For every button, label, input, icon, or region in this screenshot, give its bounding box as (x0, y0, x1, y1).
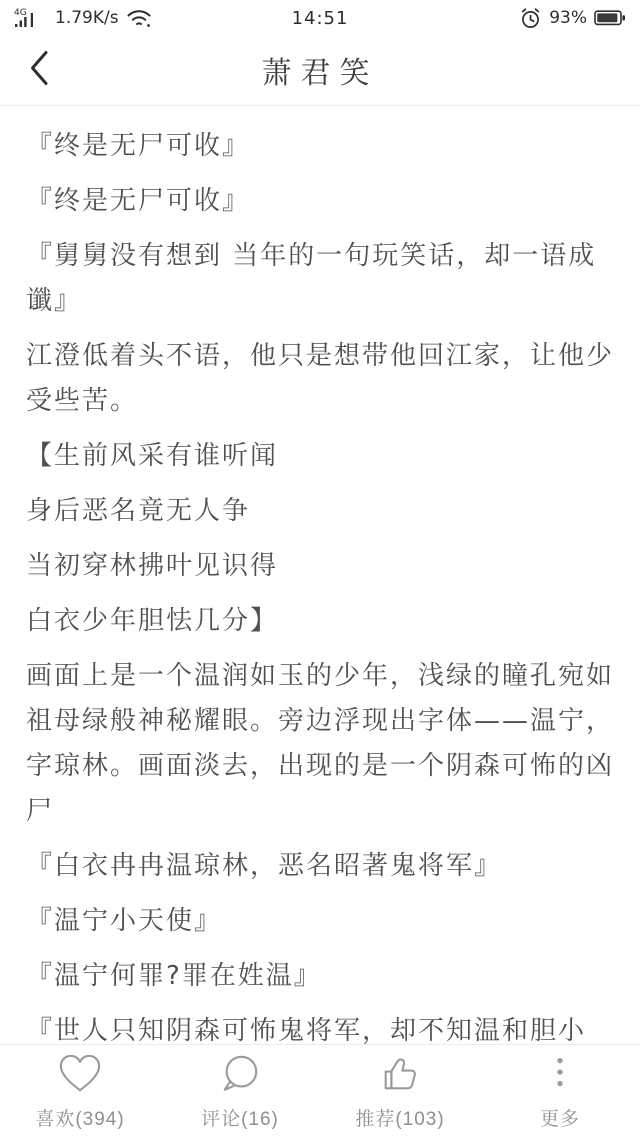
header: 萧君笑 (0, 34, 640, 106)
back-button[interactable] (18, 34, 60, 105)
status-bar-right: 93% (348, 7, 626, 30)
comment-icon (218, 1053, 262, 1098)
comment-label: 评论(16) (201, 1104, 279, 1131)
status-time: 14:51 (292, 8, 349, 29)
page-title: 萧君笑 (262, 48, 379, 92)
recommend-label: 推荐(103) (355, 1104, 444, 1131)
story-paragraph: 『温宁何罪?罪在姓温』 (26, 954, 614, 999)
bottom-action-bar: 喜欢(394) 评论(16) 推荐(103) 更多 (0, 1044, 640, 1138)
story-content: 『终是无尸可收』 『终是无尸可收』 『舅舅没有想到 当年的一句玩笑话，却一语成谶… (0, 106, 640, 1058)
story-paragraph: 身后恶名竟无人争 (26, 489, 614, 534)
battery-percent: 93% (549, 8, 587, 28)
like-button[interactable]: 喜欢(394) (0, 1045, 160, 1138)
story-paragraph: 画面上是一个温润如玉的少年，浅绿的瞳孔宛如祖母绿般神秘耀眼。旁边浮现出字体——温… (26, 654, 614, 834)
story-paragraph: 白衣少年胆怯几分】 (26, 599, 614, 644)
chevron-left-icon (28, 49, 50, 90)
story-paragraph: 『终是无尸可收』 (26, 179, 614, 224)
like-label: 喜欢(394) (35, 1104, 124, 1131)
alarm-clock-icon (519, 7, 542, 30)
more-label: 更多 (540, 1104, 580, 1131)
story-paragraph: 『温宁小天使』 (26, 899, 614, 944)
battery-icon (594, 9, 626, 27)
story-paragraph: 『白衣冉冉温琼林，恶名昭著鬼将军』 (26, 844, 614, 889)
wifi-icon (126, 7, 153, 29)
signal-bars-icon: 4G (14, 7, 48, 29)
svg-text:4G: 4G (14, 8, 27, 18)
story-paragraph: 『终是无尸可收』 (26, 124, 614, 169)
story-paragraph: 当初穿林拂叶见识得 (26, 544, 614, 589)
recommend-button[interactable]: 推荐(103) (320, 1045, 480, 1138)
status-bar: 4G 1.79K/s 14:51 (0, 0, 640, 34)
status-bar-left: 4G 1.79K/s (14, 7, 292, 29)
thumbs-up-icon (378, 1053, 422, 1098)
more-button[interactable]: 更多 (480, 1045, 640, 1138)
story-paragraph: 江澄低着头不语，他只是想带他回江家，让他少受些苦。 (26, 334, 614, 424)
comment-button[interactable]: 评论(16) (160, 1045, 320, 1138)
more-dots-icon (539, 1053, 581, 1098)
story-paragraph: 【生前风采有谁听闻 (26, 434, 614, 479)
network-speed: 1.79K/s (55, 8, 119, 28)
heart-icon (57, 1053, 103, 1098)
story-paragraph: 『舅舅没有想到 当年的一句玩笑话，却一语成谶』 (26, 234, 614, 324)
